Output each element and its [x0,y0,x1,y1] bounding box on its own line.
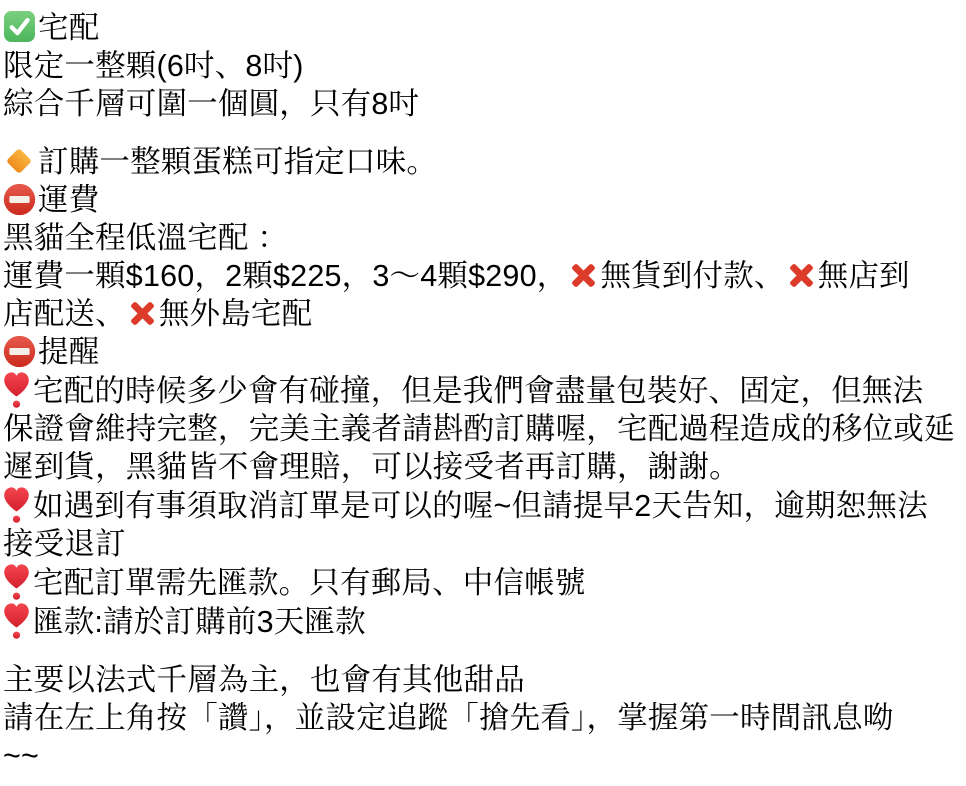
text-line: 宅配訂單需先匯款。只有郵局、中信帳號 [3,563,966,602]
post-text: 宅配限定一整顆(6吋、8吋)綜合千層可圍一個圓，只有8吋 訂購一整顆蛋糕可指定口… [0,0,966,775]
paragraph: 主要以法式千層為主，也會有其他甜品請在左上角按「讚」，並設定追蹤「搶先看」，掌握… [3,661,966,775]
text-line: 主要以法式千層為主，也會有其他甜品 [3,661,966,699]
text-segment: 運費 [38,183,99,217]
text-segment: ~~ [3,739,39,773]
text-line: 限定一整顆(6吋、8吋) [3,47,966,85]
cross-mark-icon [786,260,817,291]
heart-exclamation-icon [3,563,30,601]
paragraph: 訂購一整顆蛋糕可指定口味。 運費黑貓全程低溫宅配 ：運費一顆$160，2顆$22… [3,143,966,641]
text-segment: 無店到 [818,259,910,293]
text-line: 綜合千層可圍一個圓，只有8吋 [3,85,966,123]
text-segment: 宅配的時候多少會有碰撞，但是我們會盡量包裝好、固定，但無法 [33,374,923,408]
heart-exclamation-icon [3,602,30,640]
text-line: 保證會維持完整，完美主義者請斟酌訂購喔，宅配過程造成的移位或延 [3,410,966,448]
text-line: 運費 [3,181,966,219]
text-segment: 提醒 [38,335,99,369]
text-line: 如遇到有事須取消訂單是可以的喔~但請提早2天告知，逾期恕無法 [3,486,966,525]
text-line: 宅配 [3,9,966,47]
orange-diamond-icon [3,145,35,177]
text-segment: 運費一顆$160，2顆$225，3～4顆$290， [3,259,567,293]
text-segment: 黑貓全程低溫宅配 ： [3,221,288,255]
text-segment: 如遇到有事須取消訂單是可以的喔~但請提早2天告知，逾期恕無法 [33,489,928,523]
text-line: 運費一顆$160，2顆$225，3～4顆$290， 無貨到付款、 無店到 [3,257,966,295]
text-line: 店配送、 無外島宅配 [3,295,966,333]
heart-exclamation-icon [3,371,30,409]
text-segment: 店配送、 [3,297,126,331]
text-line: 請在左上角按「讚」，並設定追蹤「搶先看」，掌握第一時間訊息呦 [3,699,966,737]
no-entry-icon [3,183,36,216]
text-segment: 限定一整顆(6吋、8吋) [3,49,304,83]
text-line: 匯款:請於訂購前3天匯款 [3,602,966,641]
cross-mark-icon [568,260,599,291]
text-segment: 匯款:請於訂購前3天匯款 [33,605,366,639]
text-segment: 保證會維持完整，完美主義者請斟酌訂購喔，宅配過程造成的移位或延 [3,412,955,446]
cross-mark-icon [127,298,158,329]
text-line: ~~ [3,737,966,775]
text-segment: 接受退訂 [3,527,126,561]
heart-exclamation-icon [3,486,30,524]
text-segment: 訂購一整顆蛋糕可指定口味。 [38,145,437,179]
text-segment: 綜合千層可圍一個圓，只有8吋 [3,87,419,121]
text-line: 訂購一整顆蛋糕可指定口味。 [3,143,966,181]
text-segment: 請在左上角按「讚」，並設定追蹤「搶先看」，掌握第一時間訊息呦 [3,701,894,735]
text-line: 接受退訂 [3,525,966,563]
text-line: 宅配的時候多少會有碰撞，但是我們會盡量包裝好、固定，但無法 [3,371,966,410]
text-segment: 無貨到付款、 [600,259,784,293]
check-mark-button-icon [3,10,36,43]
text-segment: 無外島宅配 [159,297,313,331]
text-segment: 宅配 [38,11,99,45]
text-segment: 遲到貨，黑貓皆不會理賠，可以接受者再訂購，謝謝。 [3,450,740,484]
text-segment: 主要以法式千層為主，也會有其他甜品 [3,663,525,697]
no-entry-icon [3,335,36,368]
text-line: 提醒 [3,333,966,371]
text-line: 黑貓全程低溫宅配 ： [3,219,966,257]
text-segment: 宅配訂單需先匯款。只有郵局、中信帳號 [33,566,586,600]
text-line: 遲到貨，黑貓皆不會理賠，可以接受者再訂購，謝謝。 [3,448,966,486]
paragraph: 宅配限定一整顆(6吋、8吋)綜合千層可圍一個圓，只有8吋 [3,9,966,123]
